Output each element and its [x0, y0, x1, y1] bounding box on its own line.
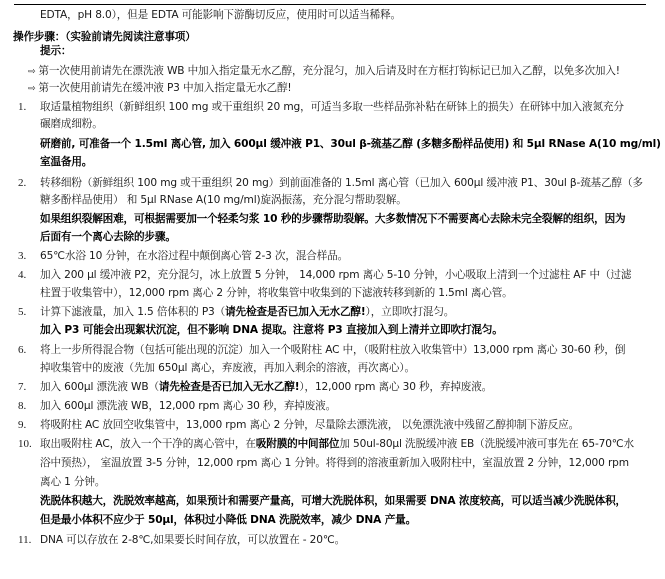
step-note: 如果组织裂解困难，可根据需要加一个轻柔匀浆 10 秒的步骤帮助裂解。大多数情况下… [40, 212, 625, 226]
text-run: 取出吸附柱 AC，放入一个干净的离心管中，在 [40, 438, 256, 450]
step-number: 4. [18, 268, 26, 282]
tip-item: ⇨第一次使用前请先在漂洗液 WB 中加入指定量无水乙醇，充分混匀，加入后请及时在… [28, 64, 620, 79]
step-note: 室温备用。 [40, 155, 92, 169]
step-text: 糖多酚样品使用） 和 5μl RNase A(10 mg/ml)旋涡振荡，充分混… [40, 193, 407, 207]
step-note: 后面有一个离心去除的步骤。 [40, 230, 176, 244]
intro-line: EDTA，pH 8.0），但是 EDTA 可能影响下游酶切反应，使用时可以适当稀… [40, 8, 401, 22]
step-number: 8. [18, 399, 26, 413]
warning-text: 请先检查是否已加入无水乙醇! [159, 381, 299, 393]
step-number: 6. [18, 343, 26, 357]
text-run: ），立即吹打混匀。 [366, 306, 455, 318]
section-title: 操作步骤：（实验前请先阅读注意事项） [13, 30, 196, 44]
step-note: 研磨前, 可准备一个 1.5ml 离心管, 加入 600μl 缓冲液 P1、30… [40, 137, 661, 151]
step-number: 7. [18, 380, 26, 394]
step-text: 计算下滤液量，加入 1.5 倍体积的 P3（请先检查是否已加入无水乙醇!），立即… [40, 305, 454, 319]
step-note: 但是最小体积不应少于 50μl，体积过小降低 DNA 洗脱效率，减少 DNA 产… [40, 513, 416, 527]
tip-item: ⇨第一次使用前请先在缓冲液 P3 中加入指定量无水乙醇! [28, 81, 292, 96]
step-number: 3. [18, 249, 26, 263]
text-run: 加入 600μl 漂洗液 WB（ [40, 381, 159, 393]
step-note: 加入 P3 可能会出现絮状沉淀，但不影响 DNA 提取。注意将 P3 直接加入到… [40, 323, 503, 337]
step-text: 掉收集管中的废液（先加 650μl 离心，弃废液，再加入剩余的溶液，再次离心）。 [40, 361, 415, 375]
arrow-right-icon: ⇨ [28, 67, 35, 77]
step-text: 浴中预热）， 室温放置 3-5 分钟，12,000 rpm 离心 1 分钟。将得… [40, 456, 629, 470]
text-run: 加 50ul-80μl 洗脱缓冲液 EB（洗脱缓冲液可事先在 65-70℃水 [339, 438, 634, 450]
step-text: 将上一步所得混合物（包括可能出现的沉淀）加入一个吸附柱 AC 中，（吸附柱放入收… [40, 343, 625, 357]
step-text: 取出吸附柱 AC，放入一个干净的离心管中，在吸附膜的中间部位加 50ul-80μ… [40, 437, 634, 451]
warning-text: 请先检查是否已加入无水乙醇! [225, 306, 365, 318]
text-run: ），12,000 rpm 离心 30 秒，弃掉废液。 [299, 381, 492, 393]
step-text: 离心 1 分钟。 [40, 475, 105, 489]
tip-text: 第一次使用前请先在缓冲液 P3 中加入指定量无水乙醇! [38, 82, 291, 94]
step-text: 加入 200 μl 缓冲液 P2，充分混匀，冰上放置 5 分钟， 14,000 … [40, 268, 631, 282]
step-note: 洗脱体积越大，洗脱效率越高，如果预计和需要产量高，可增大洗脱体积，如果需要 DN… [40, 494, 626, 508]
step-text: 65℃水浴 10 分钟，在水浴过程中颠倒离心管 2-3 次，混合样品。 [40, 249, 348, 263]
step-text: 将吸附柱 AC 放回空收集管中，13,000 rpm 离心 2 分钟，尽量除去漂… [40, 418, 579, 432]
step-text: 加入 600μl 漂洗液 WB，12,000 rpm 离心 30 秒，弃掉废液。 [40, 399, 336, 413]
step-text: DNA 可以存放在 2-8℃,如果要长时间存放，可以放置在 - 20℃。 [40, 533, 345, 547]
text-run: 计算下滤液量，加入 1.5 倍体积的 P3（ [40, 306, 225, 318]
tips-heading: 提示： [40, 44, 71, 58]
header-rule [14, 4, 646, 5]
step-number: 11. [18, 533, 31, 547]
step-text: 取适量植物组织（新鲜组织 100 mg 或干重组织 20 mg，可适当多取一些样… [40, 100, 624, 114]
step-number: 9. [18, 418, 26, 432]
step-number: 5. [18, 305, 26, 319]
emphasis-text: 吸附膜的中间部位 [256, 438, 340, 450]
step-text: 柱置于收集管中），12,000 rpm 离心 2 分钟，将收集管中收集到的下滤液… [40, 286, 513, 300]
arrow-right-icon: ⇨ [28, 84, 35, 94]
step-text: 加入 600μl 漂洗液 WB（请先检查是否已加入无水乙醇!），12,000 r… [40, 380, 492, 394]
step-text: 转移细粉（新鲜组织 100 mg 或干重组织 20 mg）到前面准备的 1.5m… [40, 176, 643, 190]
step-number: 1. [18, 100, 26, 114]
step-number: 10. [18, 437, 32, 451]
tip-text: 第一次使用前请先在漂洗液 WB 中加入指定量无水乙醇，充分混匀，加入后请及时在方… [38, 65, 620, 77]
step-number: 2. [18, 176, 26, 190]
step-text: 碾磨成细粉。 [40, 117, 103, 131]
